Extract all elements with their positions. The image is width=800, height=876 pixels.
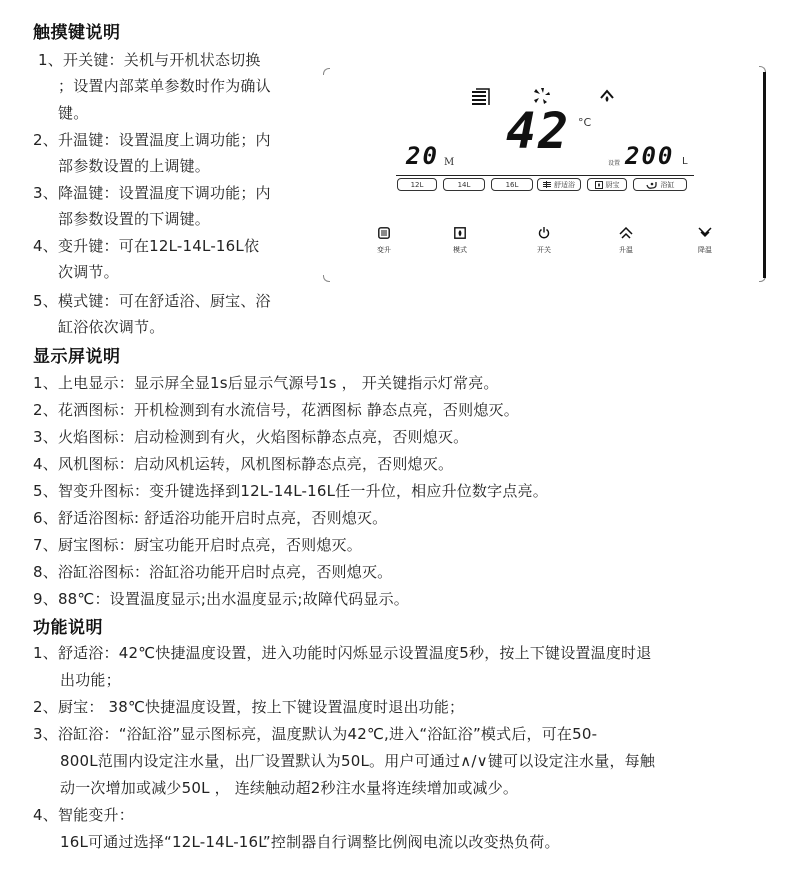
display-item-2: 2、花洒图标：开机检测到有水流信号，花洒图标 静态点亮，否则熄灭。 [33,399,519,420]
display-heading: 显示屏说明 [33,342,121,367]
left-value-display: 20 [406,144,439,168]
touch-key-item-5-cont: 缸浴依次调节。 [58,316,164,337]
display-item-9: 9、88℃：设置温度显示;出水温度显示;故障代码显示。 [33,588,409,609]
touch-key-item-2: 2、升温键：设置温度上调功能；内 [33,129,271,150]
touch-key-item-1: 1、开关键：关机与开机状态切换 [38,49,261,70]
key-label: 开关 [524,245,564,255]
mode-label: 14L [458,181,471,189]
radiator-icon [543,181,551,188]
bathtub-icon [646,181,658,189]
lcd-divider [396,175,694,176]
display-item-7: 7、厨宝图标：厨宝功能开启时点亮，否则熄灭。 [33,534,362,555]
key-label: 变升 [364,245,404,255]
display-item-4: 4、风机图标：启动风机运转，风机图标静态点亮，否则熄灭。 [33,453,453,474]
mode-label: 浴缸 [661,180,675,190]
mode-indicator-kitchen: 厨宝 [587,178,627,191]
key-variable-capacity[interactable]: 变升 [364,224,404,255]
display-item-1: 1、上电显示：显示屏全显1s后显示气源号1s ， 开关键指示灯常亮。 [33,372,499,393]
display-item-8: 8、浴缸浴图标：浴缸浴功能开启时点亮，否则熄灭。 [33,561,392,582]
panel-corner [323,275,330,282]
function-item-1-cont: 出功能； [60,669,121,690]
touch-key-item-4: 4、变升键：可在12L-14L-16L依 [33,235,259,256]
function-item-3: 3、浴缸浴：“浴缸浴”显示图标亮，温度默认为42℃,进入“浴缸浴”模式后，可在5… [33,723,597,744]
right-value-display: 200 [625,144,674,168]
touch-key-item-5: 5、模式键：可在舒适浴、厨宝、浴 [33,290,271,311]
mode-indicator-16l: 16L [491,178,533,191]
shower-icon [472,88,494,106]
touch-key-item-4-cont: 次调节。 [58,261,119,282]
functions-heading: 功能说明 [33,613,103,638]
control-panel-illustration: 42 °C 20 M 设置 200 L 12L 14L 16L 舒适浴 厨宝 浴… [320,64,770,288]
list-icon [378,227,390,239]
temperature-unit: °C [578,116,591,129]
touch-key-item-3: 3、降温键：设置温度下调功能；内 [33,182,271,203]
left-value-unit: M [444,157,454,168]
touch-key-item-3-cont: 部参数设置的下调键。 [58,208,210,229]
panel-corner [323,68,330,75]
function-item-3-cont2: 动一次增加或减少50L ， 连续触动超2秒注水量将连续增加或减少。 [60,777,518,798]
touch-key-item-1-cont2: 键。 [58,102,88,123]
mode-label: 16L [506,181,519,189]
function-item-4: 4、智能变升： [33,804,134,825]
key-temp-up[interactable]: 升温 [606,224,646,255]
panel-edge [763,72,766,278]
touch-keys-heading: 触摸键说明 [33,18,121,43]
mode-indicator-comfort-bath: 舒适浴 [537,178,581,191]
key-mode[interactable]: 模式 [440,224,480,255]
touch-key-item-2-cont: 部参数设置的上调键。 [58,155,210,176]
mode-label: 舒适浴 [554,180,575,190]
touch-key-item-1-cont: ；设置内部菜单参数时作为确认 [58,75,271,96]
mode-label: 12L [411,181,424,189]
function-item-3-cont: 800L范围内设定注水量，出厂设置默认为50L。用户可通过∧/∨键可以设定注水量… [60,750,655,771]
display-item-5: 5、智变升图标：变升键选择到12L-14L-16L任一升位，相应升位数字点亮。 [33,480,548,501]
function-item-2: 2、厨宝： 38℃快捷温度设置，按上下键设置温度时退出功能； [33,696,464,717]
function-item-4-cont: 16L可通过选择“12L-14L-16L”控制器自行调整比例阀电流以改变热负荷。 [60,831,560,852]
mode-indicator-bathtub: 浴缸 [633,178,687,191]
mode-indicator-12l: 12L [397,178,437,191]
chevron-up-icon [619,227,633,239]
chevron-down-icon [698,227,712,239]
flame-icon [599,88,615,104]
display-item-3: 3、火焰图标：启动检测到有火，火焰图标静态点亮，否则熄灭。 [33,426,468,447]
mode-label: 厨宝 [606,180,620,190]
mode-indicator-14l: 14L [443,178,485,191]
right-value-unit: L [682,156,688,167]
mode-icon [454,227,466,239]
display-item-6: 6、舒适浴图标: 舒适浴功能开启时点亮，否则熄灭。 [33,507,387,528]
kitchen-icon [595,181,603,189]
key-label: 模式 [440,245,480,255]
power-icon [538,226,550,239]
key-label: 降温 [685,245,725,255]
temperature-display: 42 [506,106,570,156]
right-value-label: 设置 [608,158,620,167]
key-temp-down[interactable]: 降温 [685,224,725,255]
key-power[interactable]: 开关 [524,224,564,255]
function-item-1: 1、舒适浴：42℃快捷温度设置，进入功能时闪烁显示设置温度5秒，按上下键设置温度… [33,642,651,663]
key-label: 升温 [606,245,646,255]
